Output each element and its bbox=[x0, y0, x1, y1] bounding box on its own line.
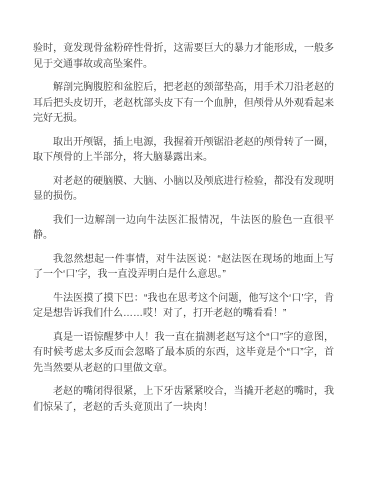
paragraph: 验时，竟发现骨盆粉碎性骨折，这需要巨大的暴力才能形成，一般多见于交通事故或高坠案… bbox=[33, 41, 334, 72]
paragraph: 解剖完胸腹腔和盆腔后，把老赵的颈部垫高，用手术刀沿老赵的耳后把头皮切开，老赵枕部… bbox=[33, 80, 334, 127]
paragraph: 取出开颅锯，插上电源，我握着开颅锯沿老赵的颅骨转了一圈，取下颅骨的上半部分，将大… bbox=[33, 135, 334, 166]
paragraph: 我忽然想起一件事情，对牛法医说：“赵法医在现场的地面上写了一个‘口’字，我一直没… bbox=[33, 252, 334, 283]
paragraph: 真是一语惊醒梦中人！我一直在揣测老赵写这个“口”字的意图，有时候考虑太多反而会忽… bbox=[33, 330, 334, 377]
paragraph: 老赵的嘴闭得很紧，上下牙齿紧紧咬合，当撬开老赵的嘴时，我们惊呆了，老赵的舌头竟顶… bbox=[33, 384, 334, 415]
paragraph: 牛法医摸了摸下巴：“我也在思考这个问题，他写这个‘口’字，肯定是想告诉我们什么…… bbox=[33, 291, 334, 322]
paragraph: 对老赵的硬脑膜、大脑、小脑以及颅底进行检验，都没有发现明显的损伤。 bbox=[33, 174, 334, 205]
paragraph: 我们一边解剖一边向牛法医汇报情况，牛法医的脸色一直很平静。 bbox=[33, 213, 334, 244]
reader-page: 验时，竟发现骨盆粉碎性骨折，这需要巨大的暴力才能形成，一般多见于交通事故或高坠案… bbox=[0, 0, 370, 480]
